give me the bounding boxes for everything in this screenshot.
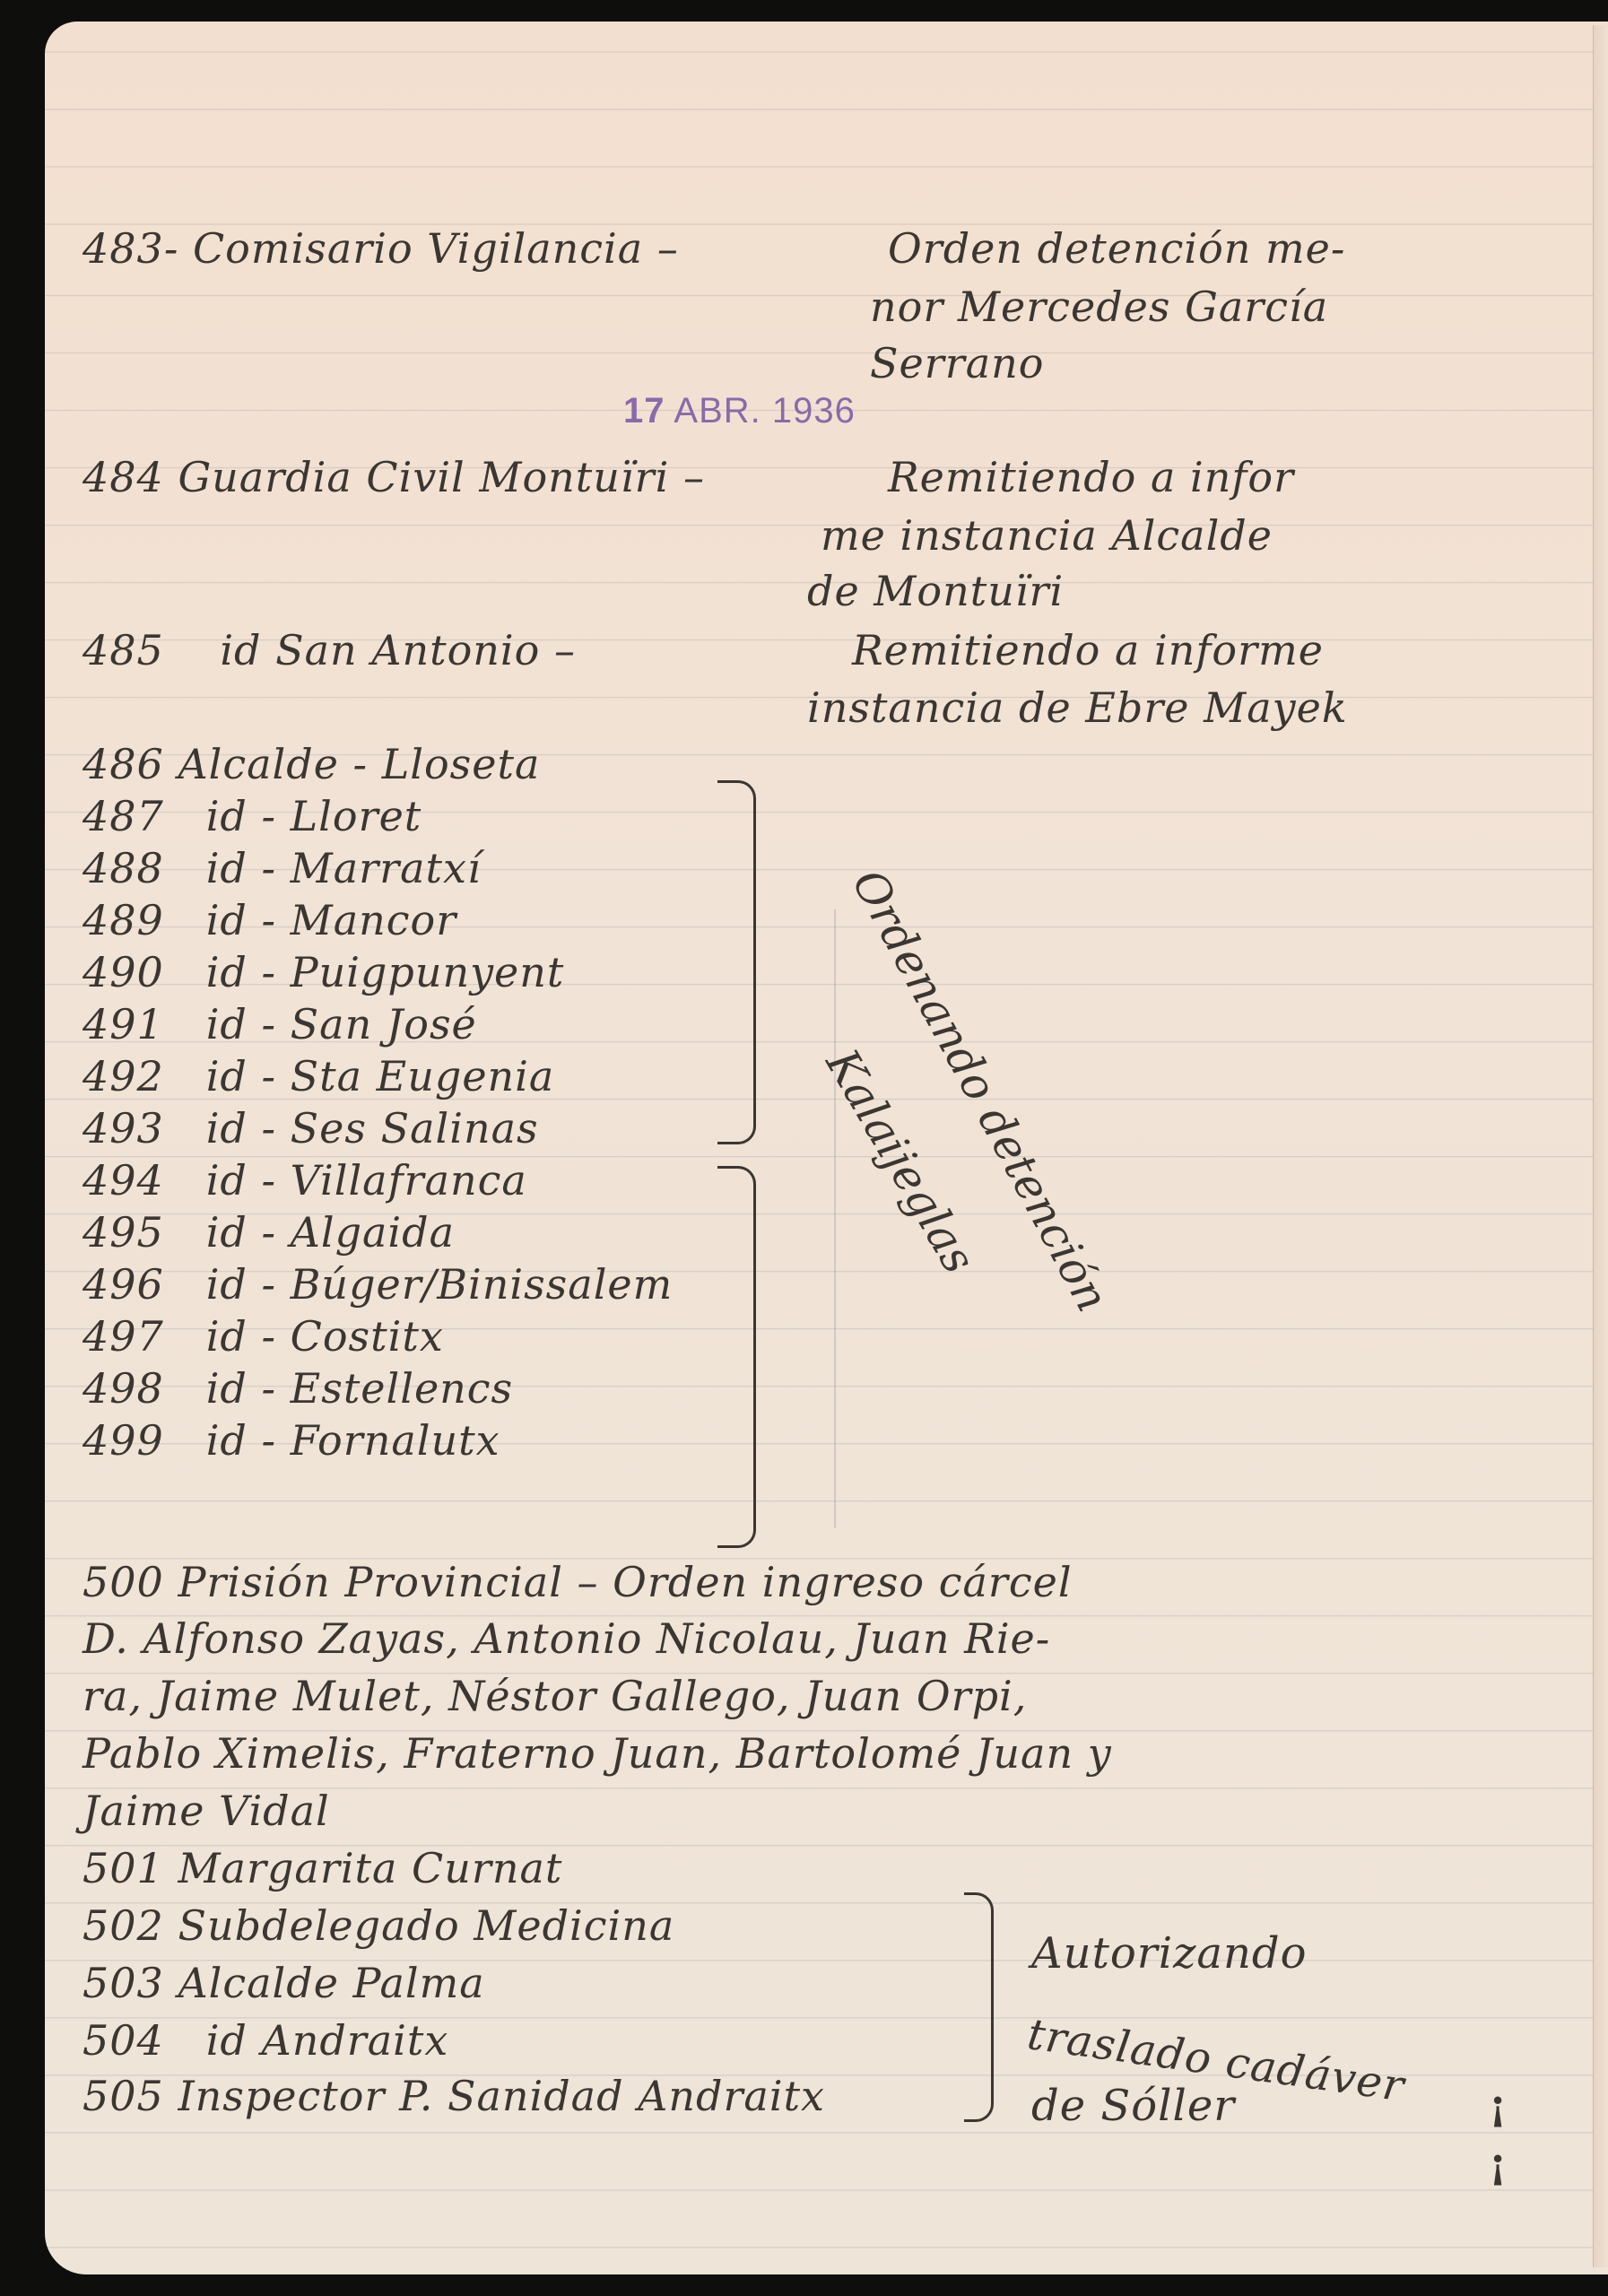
trailing-mark-2: ¡ xyxy=(1489,2139,1507,2187)
entry-483-subject-3: Serrano xyxy=(870,339,1044,387)
entry-485: 485 id San Antonio – xyxy=(83,626,576,674)
entry-sender: Comisario Vigilancia xyxy=(193,224,643,273)
entry-494: 494 id - Villafranca xyxy=(83,1156,527,1205)
entry-500-subject-3: ra, Jaime Mulet, Néstor Gallego, Juan Or… xyxy=(83,1672,1027,1720)
entry-484-subject-1: Remitiendo a infor xyxy=(888,453,1294,501)
entry-sender: Prisión Provincial xyxy=(178,1558,562,1606)
entry-485-subject-1: Remitiendo a informe xyxy=(852,626,1324,674)
entry-493: 493 id - Ses Salinas xyxy=(83,1104,539,1152)
entry-484-subject-3: de Montuïri xyxy=(807,567,1064,615)
entry-sender: Guardia Civil Montuïri xyxy=(178,453,669,501)
entry-500-subject-5: Jaime Vidal xyxy=(83,1787,330,1835)
entry-501: 501 Margarita Curnat xyxy=(83,1844,562,1892)
entry-496: 496 id - Búger/Binissalem xyxy=(83,1260,673,1309)
date-stamp: 17 ABR. 1936 xyxy=(623,391,856,431)
burial-note-1: Autorizando xyxy=(1031,1928,1308,1979)
entry-485-subject-2: instancia de Ebre Mayek xyxy=(807,683,1348,732)
entry-503: 503 Alcalde Palma xyxy=(83,1959,485,2007)
entry-500-subject-4: Pablo Ximelis, Fraterno Juan, Bartolomé … xyxy=(83,1729,1112,1778)
entry-484: 484 Guardia Civil Montuïri – xyxy=(83,453,705,501)
entry-498: 498 id - Estellencs xyxy=(83,1364,513,1413)
entry-484-subject-2: me instancia Alcalde xyxy=(821,511,1273,560)
entry-number: 484 xyxy=(83,453,164,501)
stamp-month: ABR. xyxy=(674,391,761,430)
next-page-edge xyxy=(1593,25,1608,2267)
entry-number: 485 xyxy=(83,626,164,674)
entry-500: 500 Prisión Provincial – Orden ingreso c… xyxy=(83,1558,1073,1606)
entry-483: 483- Comisario Vigilancia – xyxy=(83,224,679,273)
entry-488: 488 id - Marratxí xyxy=(83,844,482,892)
bracket-upper xyxy=(717,780,756,1144)
entry-491: 491 id - San José xyxy=(83,1000,477,1048)
faint-margin-line xyxy=(834,909,836,1528)
entry-490: 490 id - Puigpunyent xyxy=(83,948,564,996)
entry-492: 492 id - Sta Eugenia xyxy=(83,1052,554,1100)
entry-504: 504 id Andraitx xyxy=(83,2016,448,2065)
bracket-burial xyxy=(964,1892,994,2122)
entry-495: 495 id - Algaida xyxy=(83,1208,455,1257)
entry-499: 499 id - Fornalutx xyxy=(83,1416,500,1465)
entry-505: 505 Inspector P. Sanidad Andraitx xyxy=(83,2072,825,2120)
entry-number: 483 xyxy=(83,224,164,273)
burial-note-3: de Sóller xyxy=(1031,2081,1235,2131)
stamp-year: 1936 xyxy=(772,391,856,430)
entry-500-subject-2: D. Alfonso Zayas, Antonio Nicolau, Juan … xyxy=(83,1614,1050,1663)
entry-483-subject-2: nor Mercedes García xyxy=(870,283,1328,331)
entry-500-subject-1: Orden ingreso cárcel xyxy=(613,1558,1072,1606)
entry-sender: id San Antonio xyxy=(220,626,540,674)
trailing-mark-1: ¡ xyxy=(1489,2081,1507,2129)
entry-489: 489 id - Mancor xyxy=(83,896,456,944)
entry-483-subject-1: Orden detención me- xyxy=(888,224,1345,273)
stamp-day: 17 xyxy=(623,391,665,430)
bracket-lower xyxy=(717,1166,756,1548)
entry-502: 502 Subdelegado Medicina xyxy=(83,1901,674,1950)
entry-487: 487 id - Lloret xyxy=(83,792,422,840)
entry-486: 486 Alcalde - Lloseta xyxy=(83,740,540,788)
entry-number: 500 xyxy=(83,1558,164,1606)
entry-497: 497 id - Costitx xyxy=(83,1312,444,1361)
